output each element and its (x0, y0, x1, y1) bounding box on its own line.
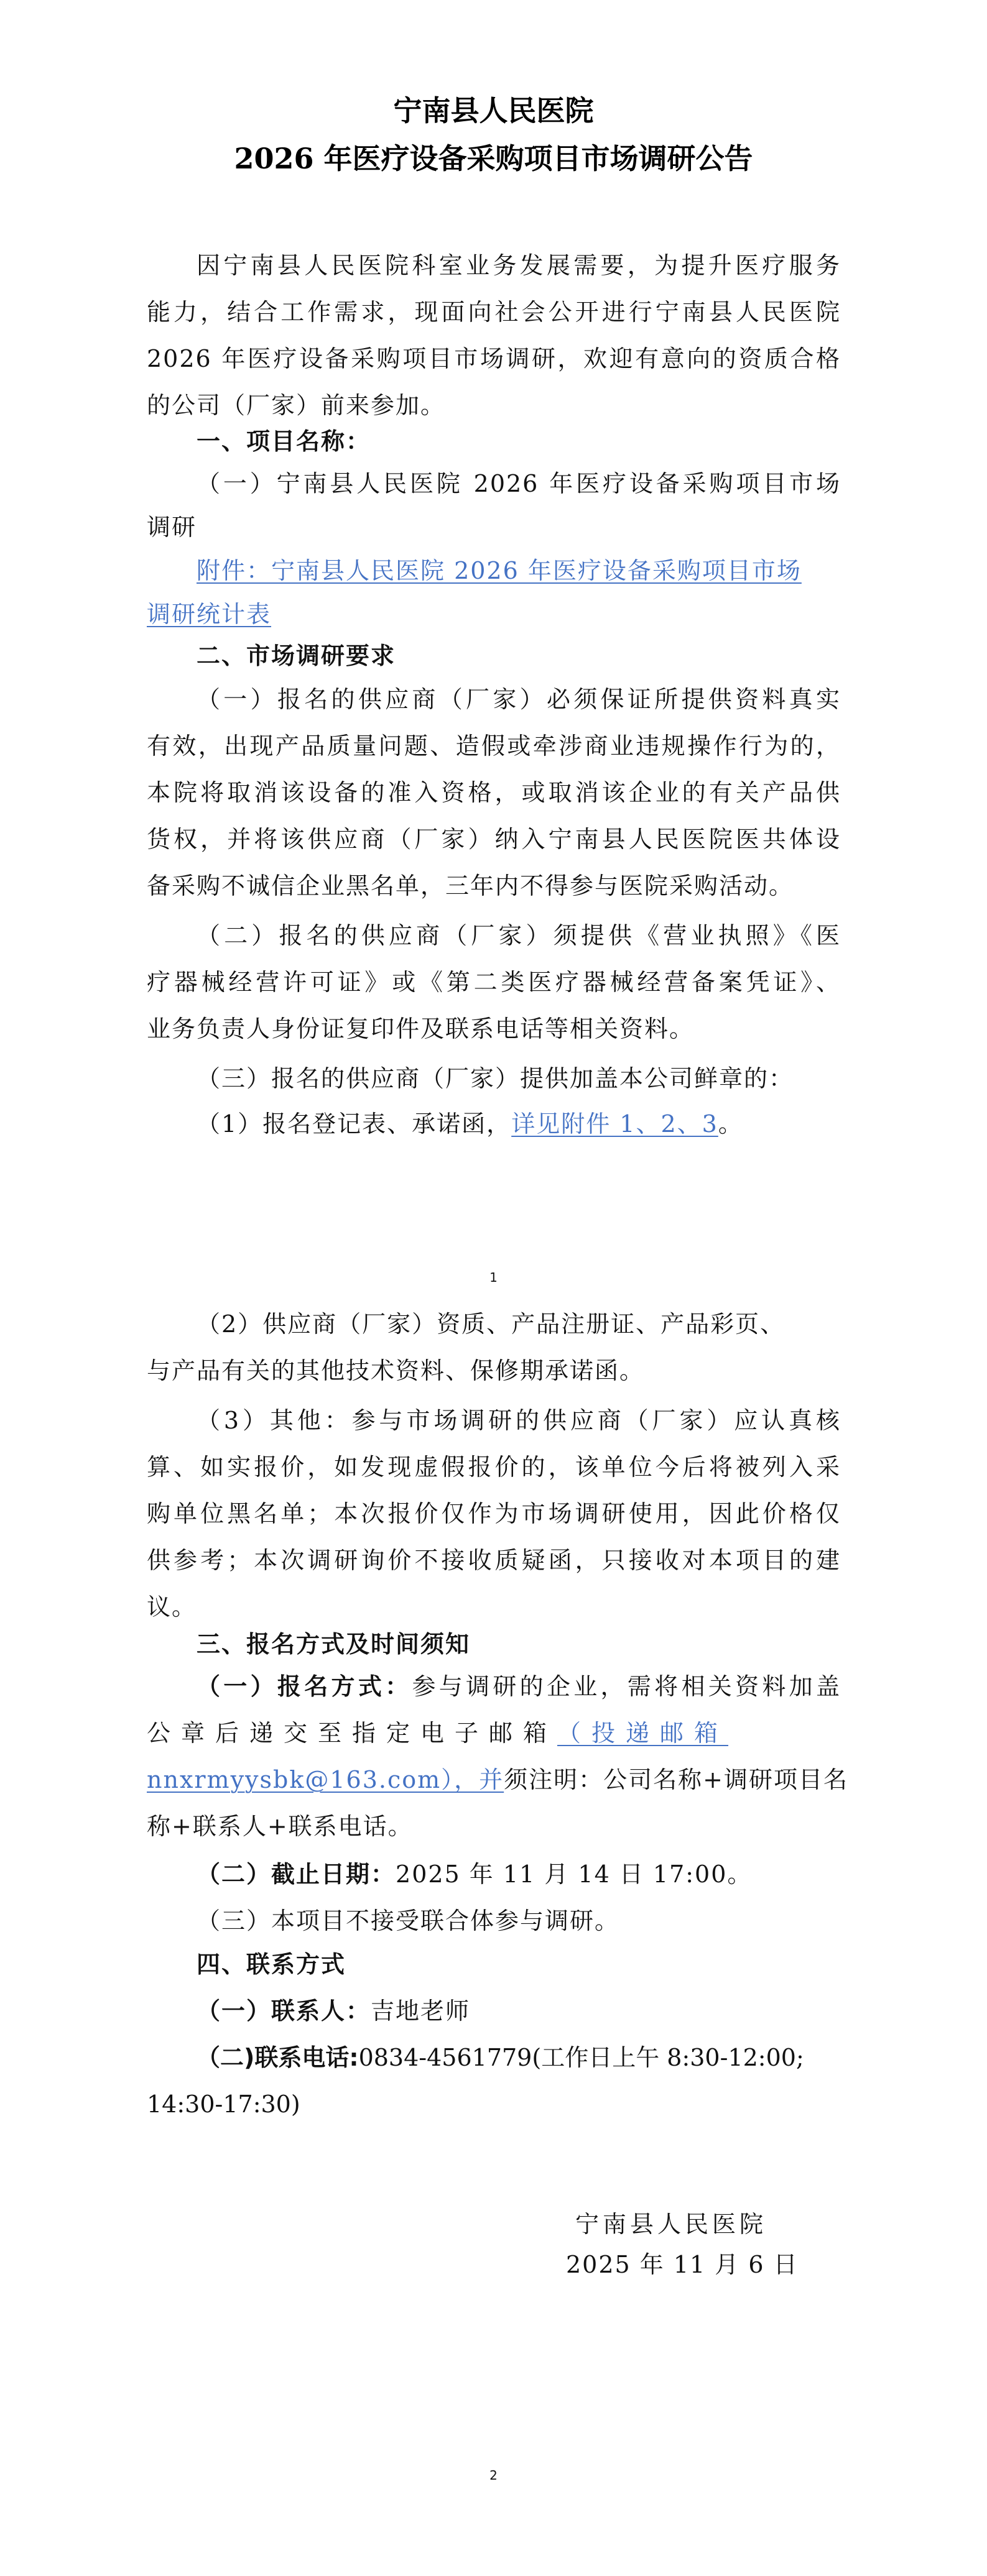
requirement-3-sub-3: （3）其他：参与市场调研的供应商（厂家）应认真核 (197, 1405, 841, 1436)
attachments-1-2-3-link[interactable]: 详见附件 1、2、3 (511, 1110, 718, 1138)
registration-method-text: 公章后递交至指定电子邮箱 (147, 1719, 557, 1747)
requirement-3-sub-3: 议。 (147, 1591, 841, 1622)
contact-person-label: （一）联系人： (197, 1997, 371, 2025)
attachment-link-text[interactable]: 附件：宁南县人民医院 2026 年医疗设备采购项目市场 (197, 557, 802, 584)
requirement-2-line: 疗器械经营许可证》或《第二类医疗器械经营备案凭证》、 (147, 967, 841, 998)
requirement-1-line: 本院将取消该设备的准入资格，或取消该企业的有关产品供 (147, 777, 841, 808)
sub-1-text: （1）报名登记表、承诺函， (197, 1110, 511, 1138)
page-number-2: 2 (0, 2468, 987, 2483)
contact-phone-line: （二)联系电话:0834-4561779(工作日上午 8:30-12:00; (197, 2042, 841, 2073)
section-4-heading: 四、联系方式 (197, 1949, 841, 1980)
title-line-2: 2026 年医疗设备采购项目市场调研公告 (0, 140, 987, 177)
registration-method-line: nnxrmyysbk@163.com），并须注明：公司名称+调研项目名 (147, 1764, 841, 1795)
requirement-3-sub-3: 购单位黑名单；本次报价仅作为市场调研使用，因此价格仅 (147, 1498, 841, 1529)
attachment-link[interactable]: 调研统计表 (147, 599, 841, 630)
deadline-value: 2025 年 11 月 14 日 17:00。 (396, 1861, 752, 1888)
sub-1-end: 。 (718, 1110, 743, 1138)
requirement-1-line: （一）报名的供应商（厂家）必须保证所提供资料真实 (197, 684, 841, 715)
requirement-1-line: 备采购不诚信企业黑名单，三年内不得参与医院采购活动。 (147, 870, 841, 901)
attachment-link[interactable]: 附件：宁南县人民医院 2026 年医疗设备采购项目市场 (197, 555, 841, 586)
section-1-heading: 一、项目名称： (197, 426, 841, 457)
sub-3-text: 参与市场调研的供应商（厂家）应认真核 (352, 1407, 841, 1434)
requirement-3-sub-3: 算、如实报价，如发现虚假报价的，该单位今后将被列入采 (147, 1451, 841, 1483)
signature-org: 宁南县人民医院 (575, 2209, 767, 2240)
page-2: （2）供应商（厂家）资质、产品注册证、产品彩页、 与产品有关的其他技术资料、保修… (0, 1281, 987, 2576)
contact-phone-line: 14:30-17:30) (147, 2089, 841, 2120)
email-link[interactable]: nnxrmyysbk@163.com），并 (147, 1766, 504, 1793)
intro-line: 2026 年医疗设备采购项目市场调研，欢迎有意向的资质合格 (147, 343, 841, 374)
page-1: 宁南县人民医院 2026 年医疗设备采购项目市场调研公告 因宁南县人民医院科室业… (0, 0, 987, 1262)
registration-method-text: 须注明：公司名称+调研项目名 (504, 1766, 848, 1793)
intro-line: 因宁南县人民医院科室业务发展需要，为提升医疗服务 (197, 250, 841, 281)
contact-person-value: 吉地老师 (371, 1997, 470, 2025)
requirement-2-line: （二）报名的供应商（厂家）须提供《营业执照》《医 (197, 920, 841, 951)
registration-method-label: （一）报名方式： (197, 1673, 412, 1700)
intro-line: 的公司（厂家）前来参加。 (147, 390, 841, 421)
intro-line: 能力，结合工作需求，现面向社会公开进行宁南县人民医院 (147, 297, 841, 328)
section-3-heading: 三、报名方式及时间须知 (197, 1629, 841, 1660)
sub-3-label: （3）其他： (197, 1407, 352, 1434)
requirement-3-sub-3: 供参考；本次调研询价不接收质疑函，只接收对本项目的建 (147, 1545, 841, 1576)
registration-method-line: 称+联系人+联系电话。 (147, 1811, 841, 1842)
project-name-line: （一）宁南县人民医院 2026 年医疗设备采购项目市场 (197, 468, 841, 499)
email-link[interactable]: （投递邮箱 (557, 1719, 728, 1747)
project-name-line: 调研 (147, 512, 841, 543)
requirement-1-line: 货权，并将该供应商（厂家）纳入宁南县人民医院医共体设 (147, 824, 841, 855)
section-2-heading: 二、市场调研要求 (197, 640, 841, 671)
contact-phone-value: 0834-4561779(工作日上午 8:30-12:00; (359, 2044, 804, 2071)
title-line-1: 宁南县人民医院 (0, 92, 987, 129)
signature-date: 2025 年 11 月 6 日 (566, 2249, 799, 2280)
contact-phone-label: （二)联系电话: (197, 2044, 359, 2071)
deadline-line: （二）截止日期：2025 年 11 月 14 日 17:00。 (197, 1859, 841, 1890)
requirement-2-line: 业务负责人身份证复印件及联系电话等相关资料。 (147, 1013, 841, 1044)
requirement-3-sub-2: 与产品有关的其他技术资料、保修期承诺函。 (147, 1355, 841, 1386)
deadline-label: （二）截止日期： (197, 1861, 396, 1888)
attachment-link-text[interactable]: 调研统计表 (147, 600, 271, 628)
registration-method-line: （一）报名方式：参与调研的企业，需将相关资料加盖 (197, 1671, 841, 1702)
no-consortium-line: （三）本项目不接受联合体参与调研。 (197, 1905, 841, 1936)
requirement-3-sub-2: （2）供应商（厂家）资质、产品注册证、产品彩页、 (197, 1309, 841, 1340)
requirement-3-sub-1: （1）报名登记表、承诺函，详见附件 1、2、3。 (197, 1108, 841, 1139)
registration-method-line: 公章后递交至指定电子邮箱（投递邮箱 (147, 1718, 841, 1749)
registration-method-text: 参与调研的企业，需将相关资料加盖 (412, 1673, 841, 1700)
contact-person-line: （一）联系人：吉地老师 (197, 1995, 841, 2026)
requirement-1-line: 有效，出现产品质量问题、造假或牵涉商业违规操作行为的， (147, 730, 841, 761)
requirement-3-line: （三）报名的供应商（厂家）提供加盖本公司鲜章的： (197, 1063, 841, 1094)
